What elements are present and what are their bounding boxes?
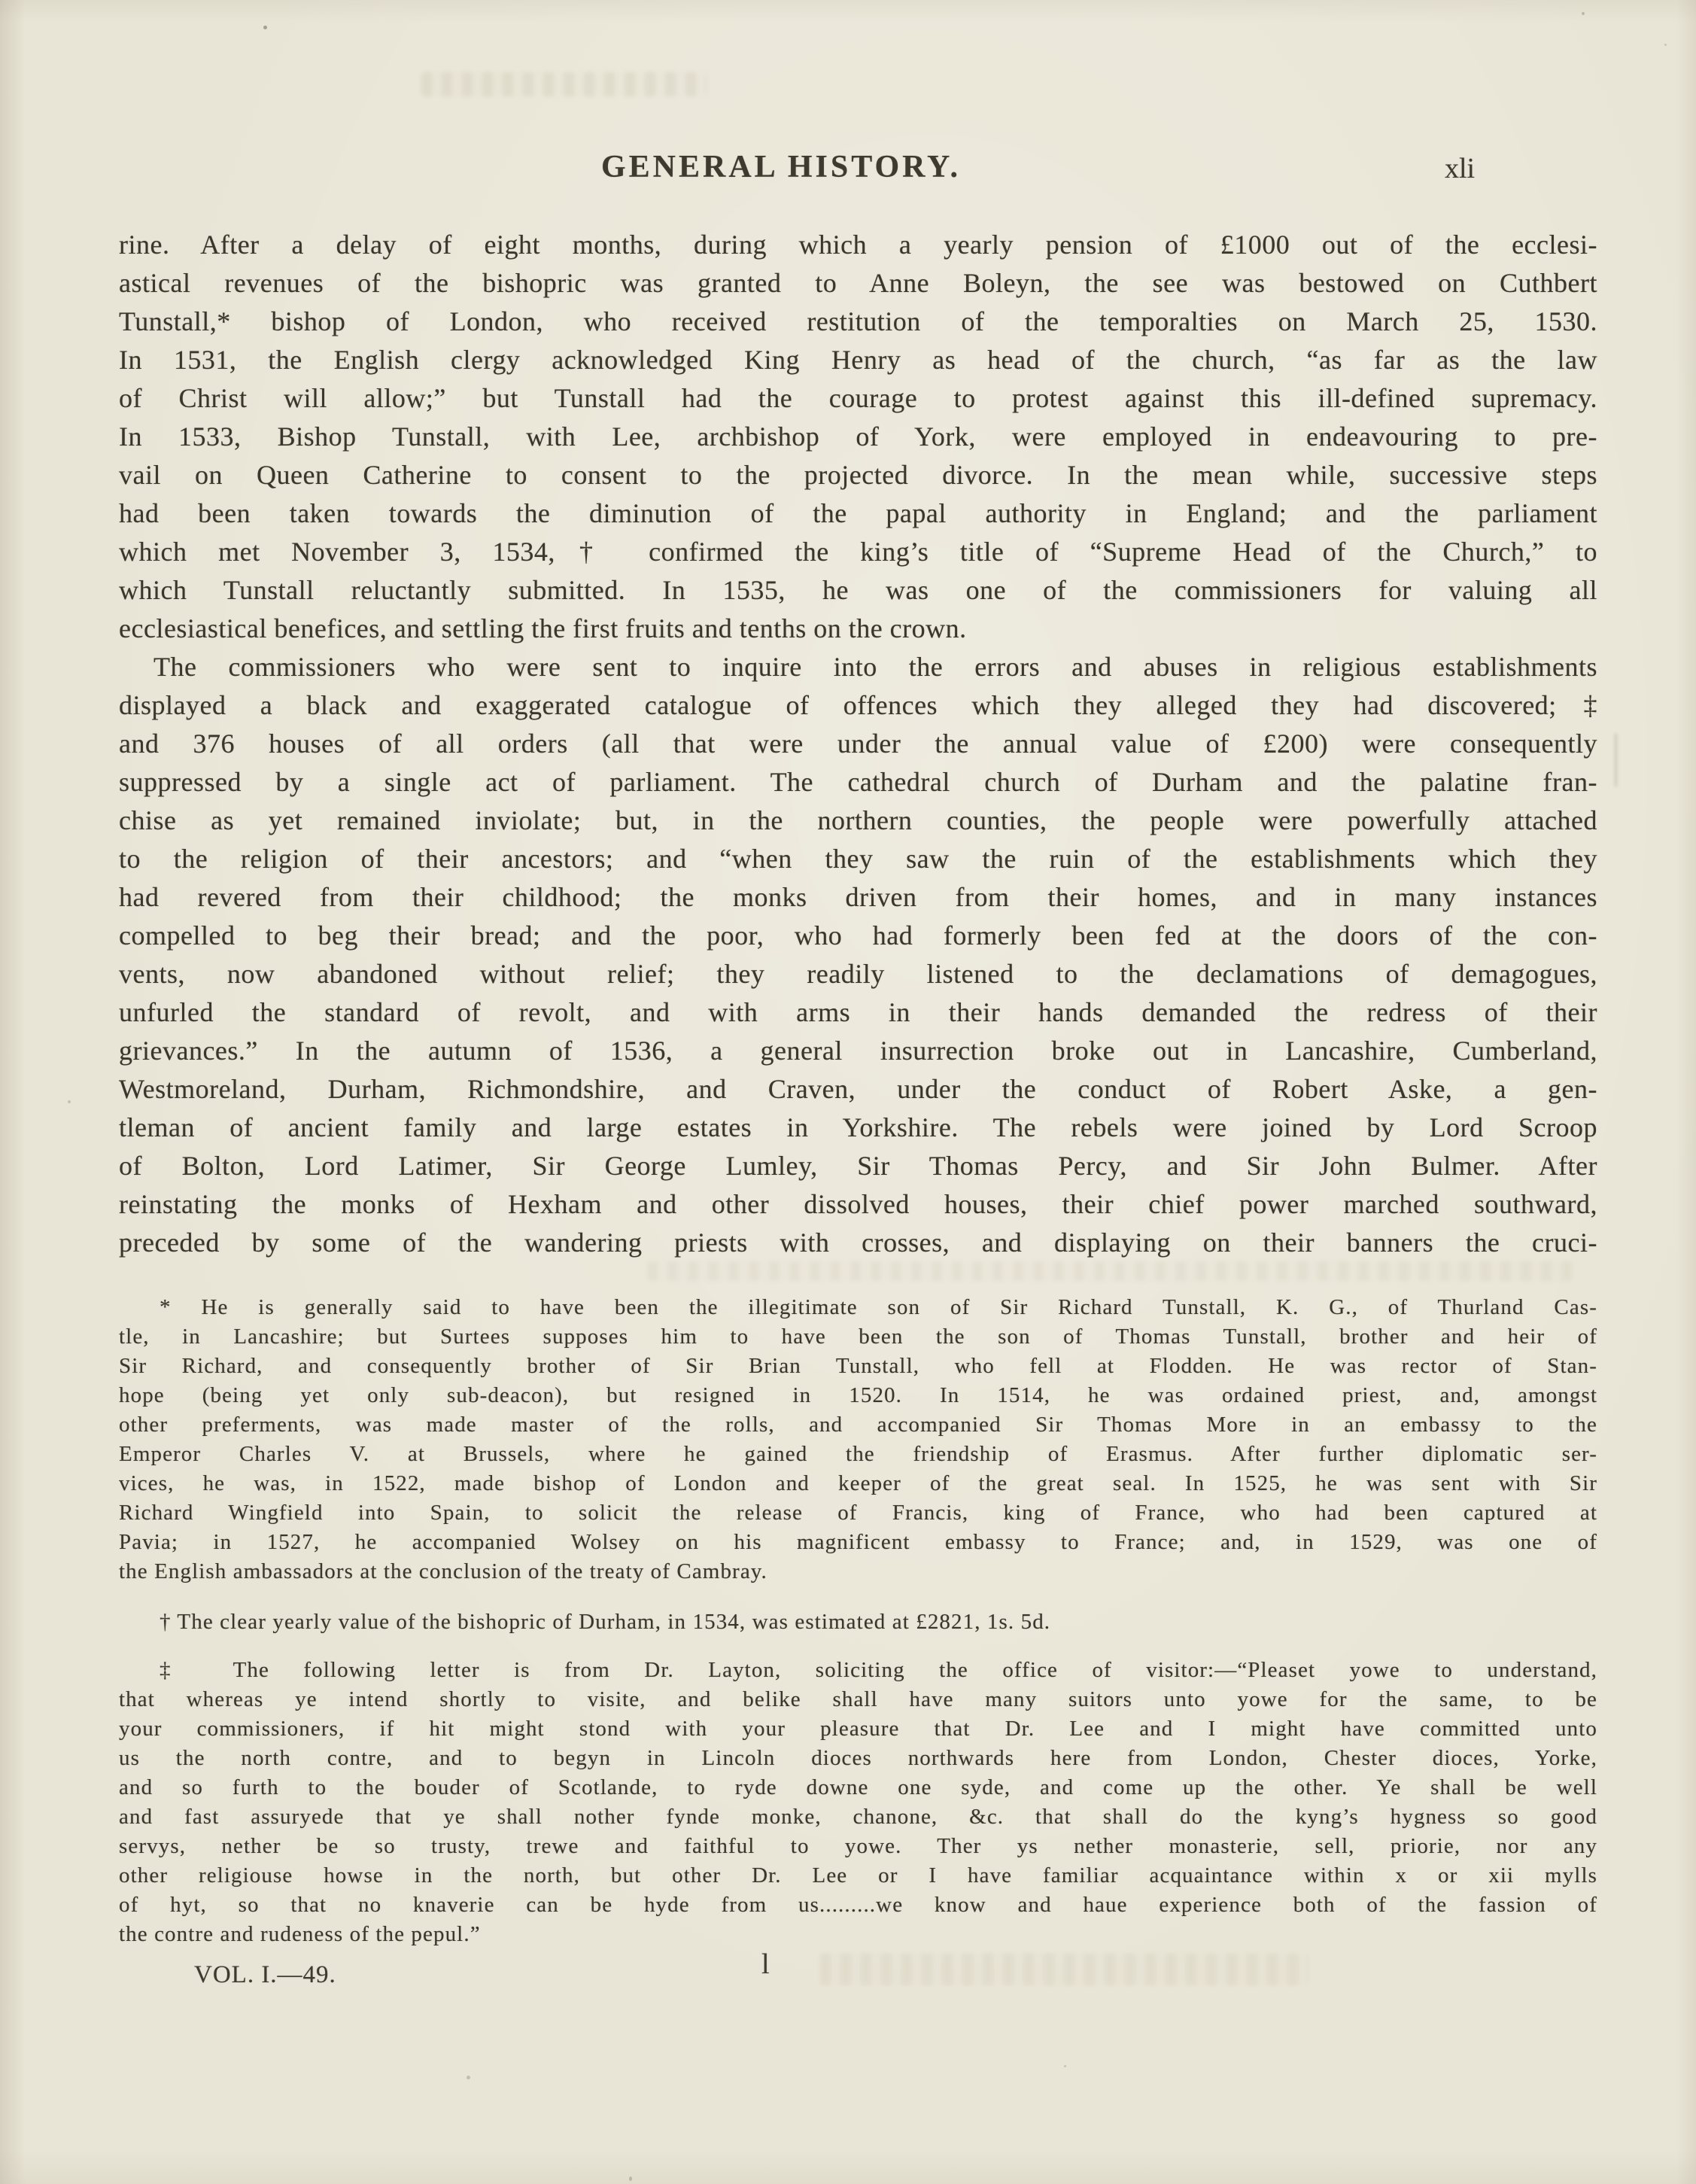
text-line: of Bolton, Lord Latimer, Sir George Luml… [119, 1147, 1597, 1185]
paper-speck [68, 1100, 71, 1103]
paper-speck [629, 2176, 632, 2181]
text-line: that whereas ye intend shortly to visite… [119, 1685, 1597, 1714]
volume-signature: VOL. I.—49. [194, 1961, 336, 1989]
paragraph: rine. After a delay of eight months, dur… [119, 226, 1597, 648]
text-line: compelled to beg their bread; and the po… [119, 917, 1597, 955]
text-line: reinstating the monks of Hexham and othe… [119, 1185, 1597, 1224]
text-line: of hyt, so that no knaverie can be hyde … [119, 1890, 1597, 1920]
paper-speck [1664, 44, 1667, 46]
text-line: Tunstall,* bishop of London, who receive… [119, 303, 1597, 341]
text-line: the English ambassadors at the conclusio… [119, 1557, 1597, 1586]
text-line: ecclesiastical benefices, and settling t… [119, 610, 1597, 648]
scanned-book-page: GENERAL HISTORY. xli rine. After a delay… [0, 0, 1696, 2184]
text-line: In 1533, Bishop Tunstall, with Lee, arch… [119, 418, 1597, 456]
text-line: Sir Richard, and consequently brother of… [119, 1352, 1597, 1381]
text-line: other preferments, was made master of th… [119, 1410, 1597, 1440]
text-line: chise as yet remained inviolate; but, in… [119, 802, 1597, 840]
body-text: rine. After a delay of eight months, dur… [119, 226, 1597, 1262]
text-line: In 1531, the English clergy acknowledged… [119, 341, 1597, 379]
paper-speck [1064, 2065, 1066, 2067]
text-line: vices, he was, in 1522, made bishop of L… [119, 1469, 1597, 1498]
text-line: vail on Queen Catherine to consent to th… [119, 456, 1597, 494]
paper-speck [263, 26, 267, 29]
text-line: vents, now abandoned without relief; the… [119, 955, 1597, 993]
paragraph: The commissioners who were sent to inqui… [119, 648, 1597, 1262]
text-line: your commissioners, if hit might stond w… [119, 1714, 1597, 1744]
text-line: unfurled the standard of revolt, and wit… [119, 993, 1597, 1032]
text-line: displayed a black and exaggerated catalo… [119, 686, 1597, 725]
footnote-dagger: † The clear yearly value of the bishopri… [119, 1608, 1597, 1637]
text-line: had been taken towards the diminution of… [119, 494, 1597, 533]
paper-speck [1582, 12, 1585, 15]
footnote-asterisk: * He is generally said to have been the … [119, 1293, 1597, 1586]
text-line: tle, in Lancashire; but Surtees supposes… [119, 1322, 1597, 1352]
text-line: suppressed by a single act of parliament… [119, 763, 1597, 802]
text-line: Emperor Charles V. at Brussels, where he… [119, 1440, 1597, 1469]
catchword: l [761, 1948, 770, 1981]
text-line: astical revenues of the bishopric was gr… [119, 264, 1597, 303]
text-line: the contre and rudeness of the pepul.” [119, 1920, 1597, 1949]
text-line: which met November 3, 1534,† confirmed t… [119, 533, 1597, 571]
text-line: of Christ will allow;” but Tunstall had … [119, 379, 1597, 418]
text-line: hope (being yet only sub-deacon), but re… [119, 1381, 1597, 1410]
text-line: grievances.” In the autumn of 1536, a ge… [119, 1032, 1597, 1070]
text-line: rine. After a delay of eight months, dur… [119, 226, 1597, 264]
footnote-double-dagger: ‡ The following letter is from Dr. Layto… [119, 1656, 1597, 1949]
text-line: and fast assuryede that ye shall nother … [119, 1802, 1597, 1832]
text-line: Richard Wingfield into Spain, to solicit… [119, 1498, 1597, 1528]
text-line: Pavia; in 1527, he accompanied Wolsey on… [119, 1528, 1597, 1557]
show-through-smudge [421, 72, 707, 96]
page-title: GENERAL HISTORY. [119, 149, 1443, 185]
text-line: to the religion of their ancestors; and … [119, 840, 1597, 878]
text-line: and so furth to the bouder of Scotlande,… [119, 1773, 1597, 1802]
text-line: The commissioners who were sent to inqui… [119, 648, 1597, 686]
text-line: ‡ The following letter is from Dr. Layto… [119, 1656, 1597, 1685]
text-line: us the north contre, and to begyn in Lin… [119, 1744, 1597, 1773]
text-line: tleman of ancient family and large estat… [119, 1109, 1597, 1147]
text-line: other religiouse howse in the north, but… [119, 1861, 1597, 1890]
text-line: preceded by some of the wandering priest… [119, 1224, 1597, 1262]
page-number: xli [1445, 152, 1475, 185]
text-line: † The clear yearly value of the bishopri… [119, 1608, 1597, 1637]
paper-speck [467, 2076, 470, 2079]
show-through-smudge [647, 1261, 1573, 1281]
text-line: had revered from their childhood; the mo… [119, 878, 1597, 917]
text-line: and 376 houses of all orders (all that w… [119, 725, 1597, 763]
text-line: servys, nether be so trusty, trewe and f… [119, 1832, 1597, 1861]
text-line: Westmoreland, Durham, Richmondshire, and… [119, 1070, 1597, 1109]
scan-streak [1615, 734, 1617, 786]
text-line: * He is generally said to have been the … [119, 1293, 1597, 1322]
show-through-smudge [820, 1954, 1309, 1985]
text-line: which Tunstall reluctantly submitted. In… [119, 571, 1597, 610]
